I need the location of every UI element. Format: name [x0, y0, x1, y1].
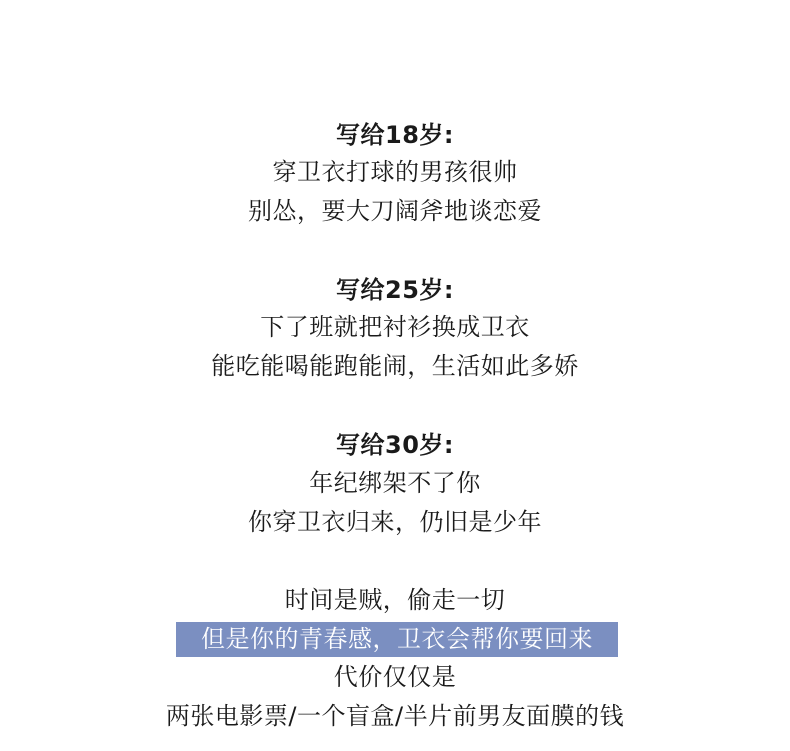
section-heading-18: 写给18岁:: [0, 118, 790, 152]
section-18-line-2: 别怂，要大刀阔斧地谈恋爱: [0, 194, 790, 228]
closing-line-3: 代价仅仅是: [0, 660, 790, 694]
closing-line-1: 时间是贼，偷走一切: [0, 583, 790, 617]
section-18-line-1: 穿卫衣打球的男孩很帅: [0, 155, 790, 189]
section-25-line-2: 能吃能喝能跑能闹，生活如此多娇: [0, 349, 790, 383]
highlighted-line: 但是你的青春感，卫衣会帮你要回来: [176, 622, 618, 657]
highlight-band: 但是你的青春感，卫衣会帮你要回来: [176, 622, 618, 657]
closing-line-4: 两张电影票/一个盲盒/半片前男友面膜的钱: [0, 699, 790, 733]
section-heading-30: 写给30岁:: [0, 428, 790, 462]
section-heading-25: 写给25岁:: [0, 273, 790, 307]
section-30-line-1: 年纪绑架不了你: [0, 466, 790, 500]
section-30-line-2: 你穿卫衣归来，仍旧是少年: [0, 505, 790, 539]
poem-page: 写给18岁: 穿卫衣打球的男孩很帅 别怂，要大刀阔斧地谈恋爱 写给25岁: 下了…: [0, 0, 790, 751]
section-25-line-1: 下了班就把衬衫换成卫衣: [0, 310, 790, 344]
